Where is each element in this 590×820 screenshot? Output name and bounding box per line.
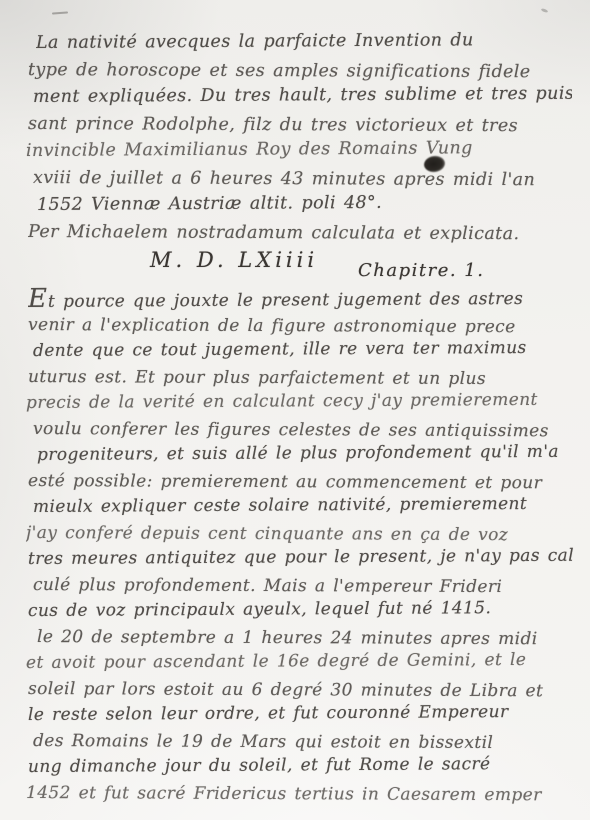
manuscript-line: et avoit pour ascendant le 16e degré de … [26, 647, 576, 676]
manuscript-line: le reste selon leur ordre, et fut couron… [28, 699, 576, 728]
attribution-line: Per Michaelem nostradamum calculata et e… [28, 219, 572, 248]
manuscript-line: dente que ce tout jugement, ille re vera… [33, 335, 576, 364]
manuscript-line: La nativité avecques la parfaicte Invent… [36, 27, 572, 57]
manuscript-line: mieulx expliquer ceste solaire nativité,… [33, 491, 576, 520]
manuscript-line: 1552 Viennæ Austriæ altit. poli 48°. [37, 189, 572, 219]
manuscript-line: ung dimanche jour du soleil, et fut Rome… [28, 751, 576, 780]
manuscript-line: Et pource que jouxte le present jugement… [28, 283, 576, 312]
roman-numeral-date: M. D. LXiiii [150, 248, 318, 272]
chapter-heading: Chapitre. 1. [358, 260, 484, 282]
manuscript-line: progeniteurs, et suis allé le plus profo… [37, 439, 576, 468]
manuscript-line: precis de la verité en calculant cecy j'… [26, 387, 576, 416]
manuscript-line: cus de voz principaulx ayeulx, lequel fu… [28, 595, 576, 624]
manuscript-page: La nativité avecques la parfaicte Invent… [0, 0, 590, 820]
body-text-block: Et pource que jouxte le present jugement… [0, 286, 590, 806]
manuscript-line: ment expliquées. Du tres hault, tres sub… [33, 81, 572, 111]
title-block: La nativité avecques la parfaicte Invent… [0, 0, 590, 246]
manuscript-line: invincible Maximilianus Roy des Romains … [26, 135, 572, 165]
manuscript-line: 1452 et fut sacré Fridericus tertius in … [26, 780, 576, 808]
date-chapter-row: M. D. LXiiii Chapitre. 1. [0, 248, 590, 284]
manuscript-line: tres meures antiquitez que pour le prese… [28, 543, 576, 572]
